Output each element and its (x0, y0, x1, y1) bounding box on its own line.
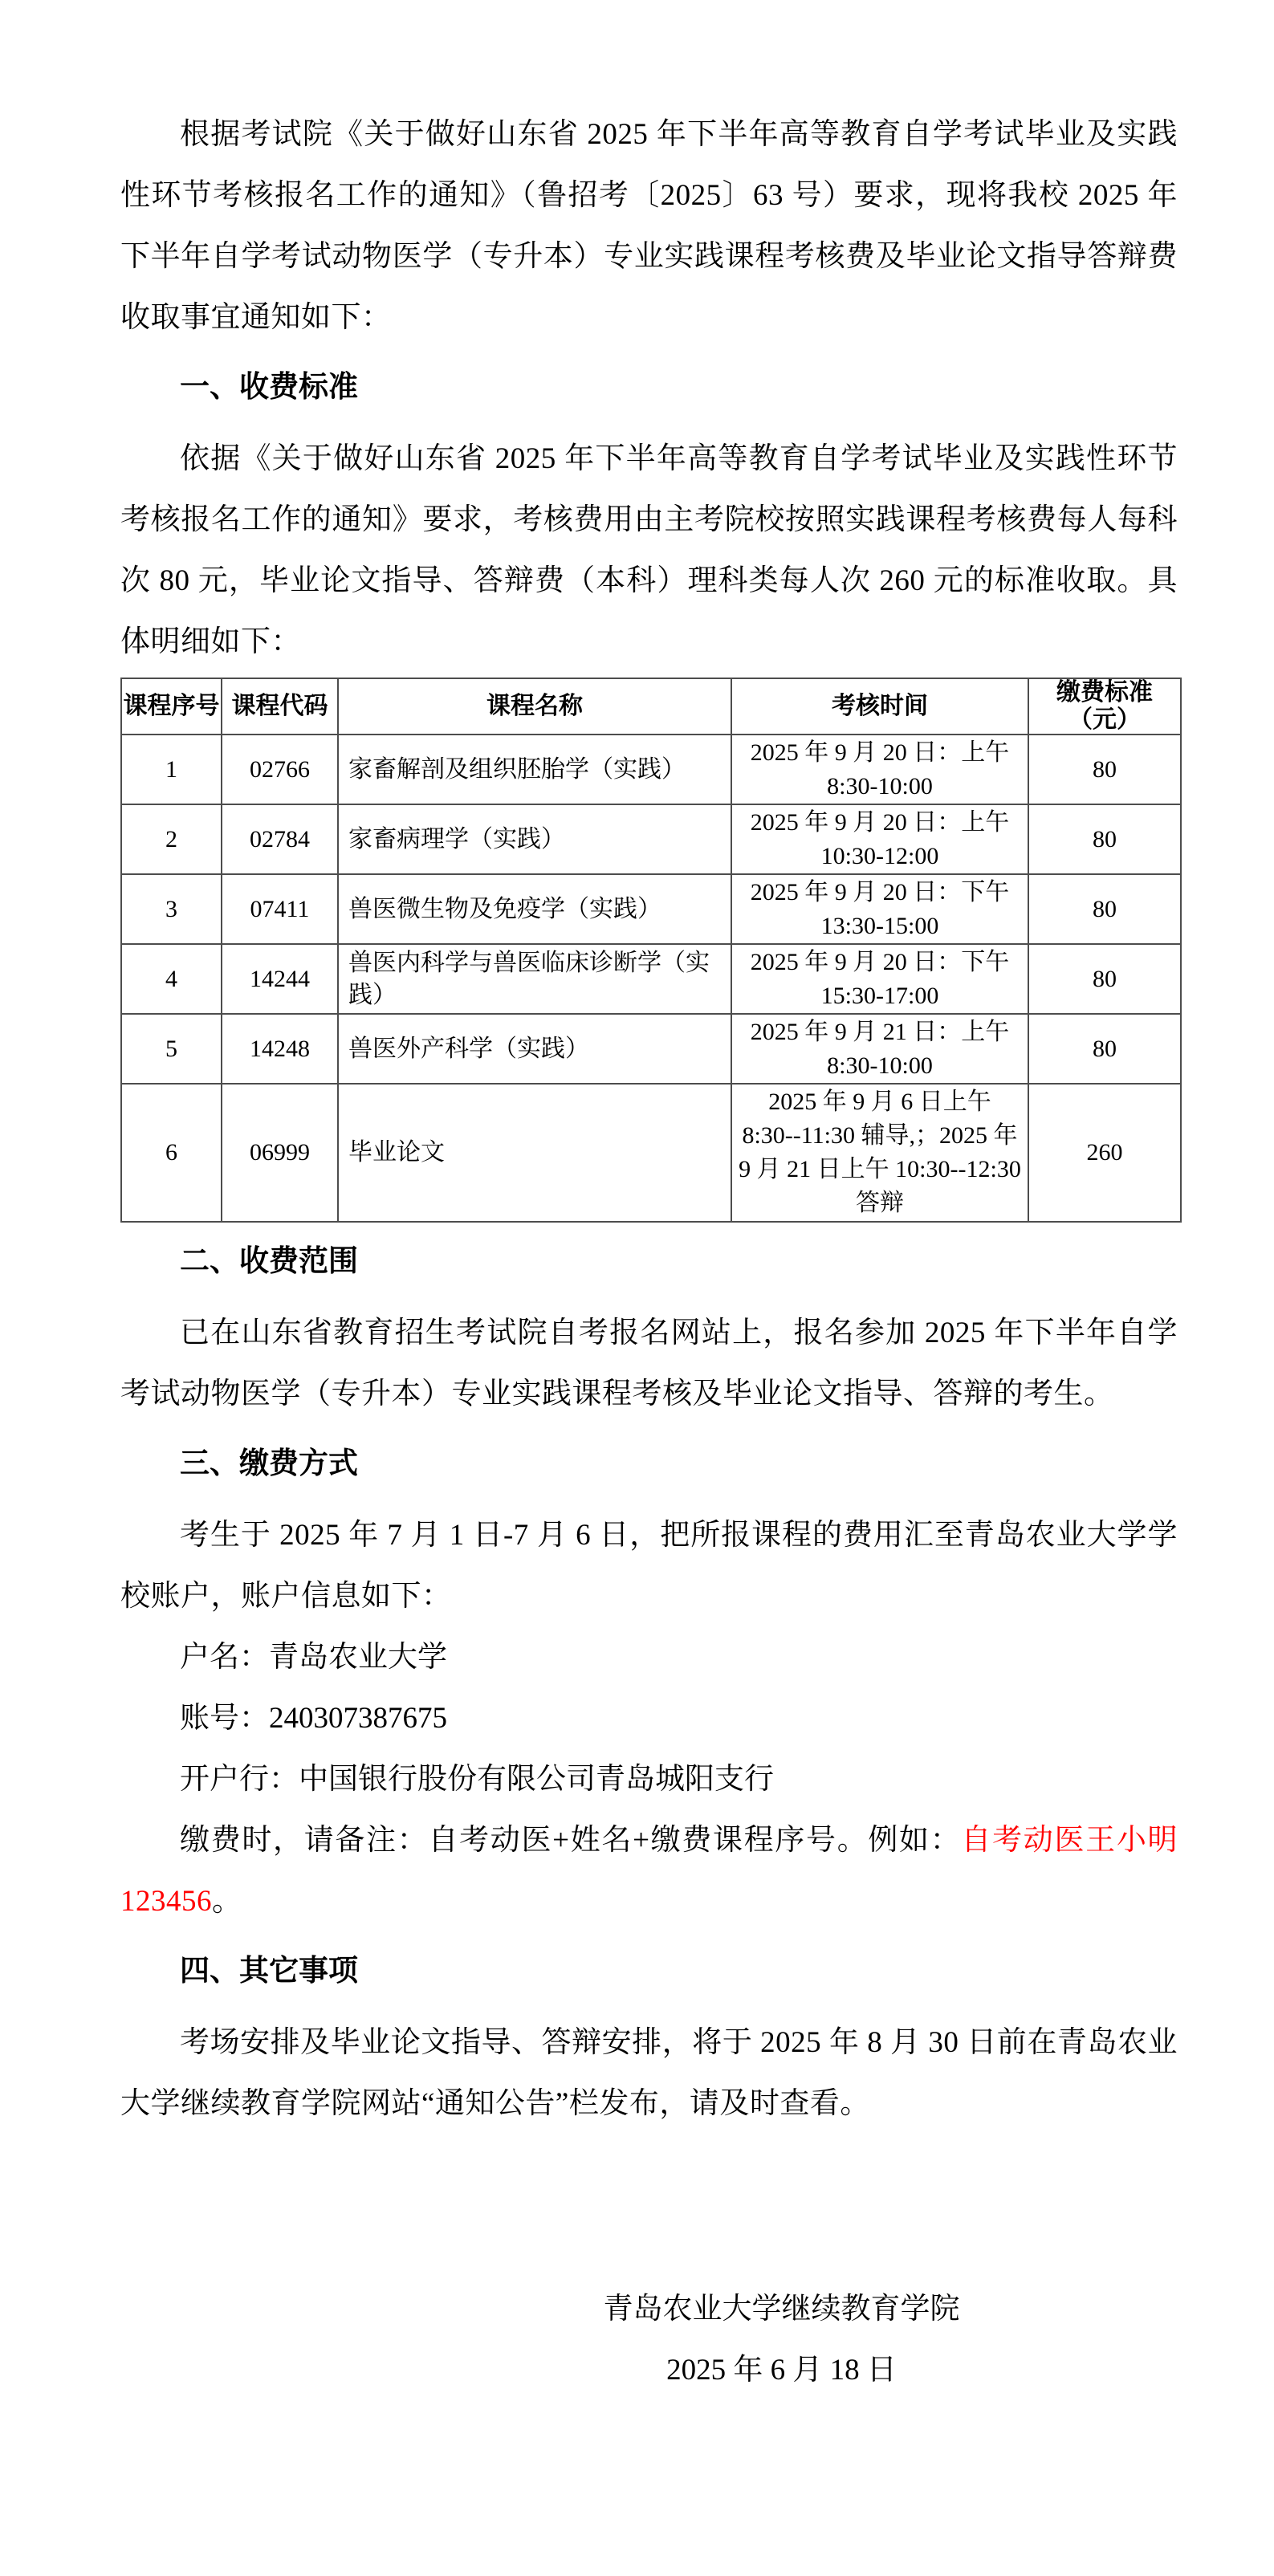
section-2-body: 已在山东省教育招生考试院自考报名网站上，报名参加 2025 年下半年自学考试动物… (120, 1303, 1178, 1425)
signature-organization: 青岛农业大学继续教育学院 (385, 2279, 1178, 2340)
cell-course-name: 兽医微生物及免疫学（实践） (338, 874, 731, 944)
cell-exam-time: 2025 年 9 月 21 日：上午 8:30-10:00 (731, 1014, 1028, 1084)
cell-course-name: 家畜解剖及组织胚胎学（实践） (338, 735, 731, 804)
cell-exam-time: 2025 年 9 月 20 日：上午 10:30-12:00 (731, 804, 1028, 874)
section-3-body: 考生于 2025 年 7 月 1 日-7 月 6 日，把所报课程的费用汇至青岛农… (120, 1505, 1178, 1627)
cell-fee: 80 (1028, 874, 1181, 944)
payment-note-period: 。 (212, 1885, 242, 1918)
col-header-course-name: 课程名称 (338, 678, 731, 735)
cell-course-name: 家畜病理学（实践） (338, 804, 731, 874)
cell-fee: 80 (1028, 804, 1181, 874)
exam-time-line: 答辩 (732, 1186, 1028, 1220)
section-2-heading: 二、收费范围 (120, 1231, 1178, 1292)
cell-course-no: 3 (121, 874, 222, 944)
exam-time-line: 2025 年 9 月 6 日上午 (732, 1085, 1028, 1119)
cell-course-code: 02766 (222, 735, 338, 804)
table-row: 6 06999 毕业论文 2025 年 9 月 6 日上午 8:30--11:3… (121, 1084, 1181, 1222)
section-4-body: 考场安排及毕业论文指导、答辩安排，将于 2025 年 8 月 30 日前在青岛农… (120, 2012, 1178, 2134)
payment-note-text: 缴费时，请备注：自考动医+姓名+缴费课程序号。例如： (180, 1824, 961, 1857)
table-row: 3 07411 兽医微生物及免疫学（实践） 2025 年 9 月 20 日：下午… (121, 874, 1181, 944)
cell-course-code: 02784 (222, 804, 338, 874)
exam-time-line: 2025 年 9 月 20 日：上午 (732, 806, 1028, 840)
section-1-body: 依据《关于做好山东省 2025 年下半年高等教育自学考试毕业及实践性环节考核报名… (120, 429, 1178, 673)
account-bank-line: 开户行：中国银行股份有限公司青岛城阳支行 (120, 1749, 1178, 1810)
cell-course-name: 兽医外产科学（实践） (338, 1014, 731, 1084)
table-row: 1 02766 家畜解剖及组织胚胎学（实践） 2025 年 9 月 20 日：上… (121, 735, 1181, 804)
account-name-line: 户名：青岛农业大学 (120, 1627, 1178, 1688)
signature-date: 2025 年 6 月 18 日 (385, 2340, 1178, 2401)
col-header-fee-standard: 缴费标准（元） (1028, 678, 1181, 735)
col-header-course-no: 课程序号 (121, 678, 222, 735)
exam-time-line: 8:30-10:00 (732, 1049, 1028, 1083)
section-4-heading: 四、其它事项 (120, 1940, 1178, 2001)
exam-time-line: 2025 年 9 月 20 日：上午 (732, 736, 1028, 770)
cell-course-no: 4 (121, 944, 222, 1014)
table-header-row: 课程序号 课程代码 课程名称 考核时间 缴费标准（元） (121, 678, 1181, 735)
cell-exam-time: 2025 年 9 月 20 日：下午 15:30-17:00 (731, 944, 1028, 1014)
fee-schedule-table: 课程序号 课程代码 课程名称 考核时间 缴费标准（元） 1 02766 家畜解剖… (120, 678, 1182, 1223)
cell-fee: 80 (1028, 1014, 1181, 1084)
cell-course-no: 5 (121, 1014, 222, 1084)
exam-time-line: 8:30--11:30 辅导,；2025 年 (732, 1119, 1028, 1153)
col-header-course-code: 课程代码 (222, 678, 338, 735)
cell-course-code: 07411 (222, 874, 338, 944)
cell-course-code: 14244 (222, 944, 338, 1014)
cell-course-no: 6 (121, 1084, 222, 1222)
cell-course-name: 兽医内科学与兽医临床诊断学（实践） (338, 944, 731, 1014)
cell-course-name: 毕业论文 (338, 1084, 731, 1222)
notice-document: 根据考试院《关于做好山东省 2025 年下半年高等教育自学考试毕业及实践性环节考… (0, 0, 1274, 2401)
cell-course-code: 14248 (222, 1014, 338, 1084)
section-1-heading: 一、收费标准 (120, 356, 1178, 417)
cell-course-no: 1 (121, 735, 222, 804)
account-number-line: 账号：240307387675 (120, 1688, 1178, 1749)
exam-time-line: 2025 年 9 月 20 日：下午 (732, 946, 1028, 979)
table-row: 2 02784 家畜病理学（实践） 2025 年 9 月 20 日：上午 10:… (121, 804, 1181, 874)
cell-course-no: 2 (121, 804, 222, 874)
cell-fee: 80 (1028, 735, 1181, 804)
col-header-exam-time: 考核时间 (731, 678, 1028, 735)
section-3-heading: 三、缴费方式 (120, 1433, 1178, 1494)
exam-time-line: 15:30-17:00 (732, 979, 1028, 1013)
exam-time-line: 10:30-12:00 (732, 840, 1028, 873)
exam-time-line: 8:30-10:00 (732, 770, 1028, 804)
cell-fee: 80 (1028, 944, 1181, 1014)
exam-time-line: 9 月 21 日上午 10:30--12:30 (732, 1153, 1028, 1186)
intro-paragraph: 根据考试院《关于做好山东省 2025 年下半年高等教育自学考试毕业及实践性环节考… (120, 104, 1178, 348)
exam-time-line: 13:30-15:00 (732, 910, 1028, 943)
signature-block: 青岛农业大学继续教育学院 2025 年 6 月 18 日 (385, 2279, 1178, 2401)
exam-time-line: 2025 年 9 月 21 日：上午 (732, 1015, 1028, 1049)
cell-exam-time: 2025 年 9 月 20 日：上午 8:30-10:00 (731, 735, 1028, 804)
payment-note-paragraph: 缴费时，请备注：自考动医+姓名+缴费课程序号。例如：自考动医王小明 123456… (120, 1810, 1178, 1932)
cell-fee: 260 (1028, 1084, 1181, 1222)
table-row: 5 14248 兽医外产科学（实践） 2025 年 9 月 21 日：上午 8:… (121, 1014, 1181, 1084)
cell-exam-time: 2025 年 9 月 20 日：下午 13:30-15:00 (731, 874, 1028, 944)
cell-exam-time: 2025 年 9 月 6 日上午 8:30--11:30 辅导,；2025 年 … (731, 1084, 1028, 1222)
cell-course-code: 06999 (222, 1084, 338, 1222)
table-row: 4 14244 兽医内科学与兽医临床诊断学（实践） 2025 年 9 月 20 … (121, 944, 1181, 1014)
exam-time-line: 2025 年 9 月 20 日：下午 (732, 876, 1028, 910)
